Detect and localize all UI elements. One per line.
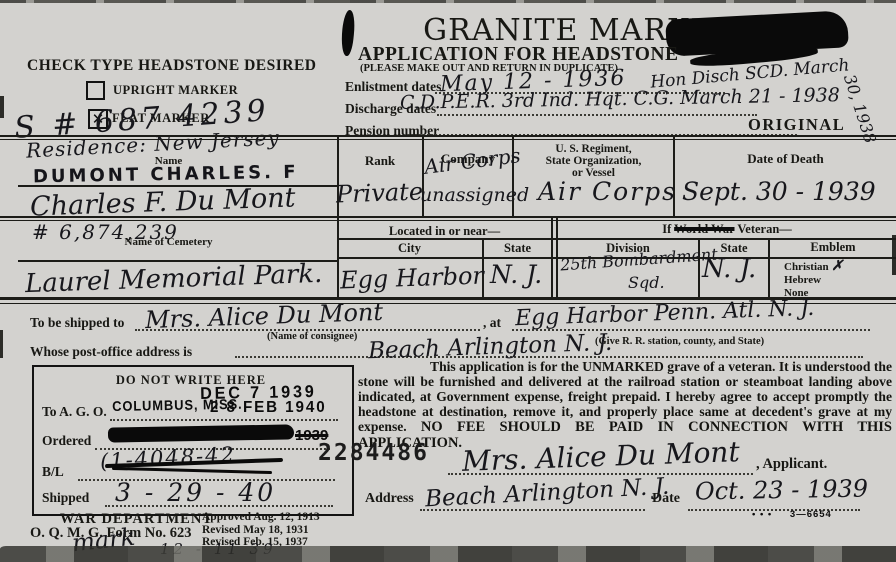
regiment-value: Air Corps [538, 177, 677, 206]
city-header: City [337, 241, 482, 256]
scan-ink-blot [340, 9, 357, 56]
address-value: Beach Arlington N. J. [424, 474, 669, 513]
marker-choice-heading: CHECK TYPE HEADSTONE DESIRED [27, 57, 316, 75]
scan-top-edge [0, 0, 896, 3]
shipped-value: 3 - 29 - 40 [115, 478, 276, 507]
emblem-mark: ✗ [831, 258, 843, 274]
city-value: Egg Harbor [340, 261, 485, 294]
date-value: Oct. 23 - 1939 [695, 474, 868, 505]
death-header: Date of Death [675, 151, 896, 167]
stamp-serial-number: 2284486 [318, 440, 429, 466]
cemetery-value: Laurel Memorial Park. [25, 259, 323, 299]
applicant-label: , Applicant. [756, 456, 827, 473]
address-label: Address [365, 491, 414, 507]
scanned-headstone-application-form: GRANITE MARKER APPLICATION FOR HEADSTONE… [0, 0, 896, 562]
division-value-line2: Sqd. [628, 273, 665, 292]
consignee-note: (Name of consignee) [267, 331, 357, 342]
regiment-header-line2: State Organization, [514, 155, 673, 167]
discharge-line [437, 114, 757, 116]
veteran-header: If World War Veteran— [558, 222, 896, 237]
stamp-feb-1940: 2 8 FEB 1940 [210, 399, 327, 417]
emblem-options: Christian ✗ Hebrew None [784, 260, 843, 299]
rank-header: Rank [337, 153, 423, 169]
regiment-header: U. S. Regiment, State Organization, or V… [514, 143, 673, 179]
print-code-number: 3—6654 [790, 509, 832, 520]
agreement-paragraph: This application is for the UNMARKED gra… [358, 359, 892, 451]
date-label: Date [652, 491, 680, 507]
veteran-header-prefix: If [662, 222, 671, 236]
veteran-header-struck: World War [674, 222, 734, 236]
regiment-header-line1: U. S. Regiment, [514, 143, 673, 155]
print-code-dots: • • • [752, 509, 772, 520]
state-value: N. J. [490, 260, 542, 289]
at-label: , at [483, 315, 501, 331]
approved-line2: Revised May 18, 1931 [202, 524, 320, 537]
company-hw-note: Air Corps [423, 143, 522, 179]
original-label: ORIGINAL [748, 115, 845, 135]
scan-left-mark-1 [0, 96, 4, 118]
ship-to-label: To be shipped to [30, 315, 124, 331]
emblem-option-christian: Christian [784, 261, 829, 273]
rank-value: Private [336, 177, 424, 208]
state2-value: N. J. [702, 254, 756, 284]
company-value: unassigned [420, 184, 529, 206]
scan-left-mark-2 [0, 330, 3, 358]
upright-marker-checkbox [86, 81, 105, 100]
station-note: (Give R. R. station, county, and State) [595, 336, 764, 347]
emblem-header: Emblem [770, 240, 896, 255]
veteran-header-suffix: Veteran— [737, 222, 791, 236]
emblem-option-hebrew: Hebrew [784, 274, 843, 287]
death-value: Sept. 30 - 1939 [682, 177, 876, 206]
shipped-label: Shipped [42, 490, 89, 506]
cemetery-label: Name of Cemetery [0, 236, 337, 248]
bl-label: B/L [42, 464, 64, 480]
located-header: Located in or near— [337, 224, 552, 239]
scan-bottom-edge [0, 546, 896, 562]
to-ago-line [110, 419, 338, 421]
state-header: State [484, 241, 551, 256]
ordered-label: Ordered [42, 433, 91, 449]
to-ago-label: To A. G. O. [42, 404, 107, 420]
print-code: • • • 3—6654 [752, 509, 832, 520]
table-top-rule [0, 135, 896, 140]
approved-line1: Approved Aug. 12, 1913 [202, 511, 320, 524]
po-address-label: Whose post-office address is [30, 344, 192, 360]
